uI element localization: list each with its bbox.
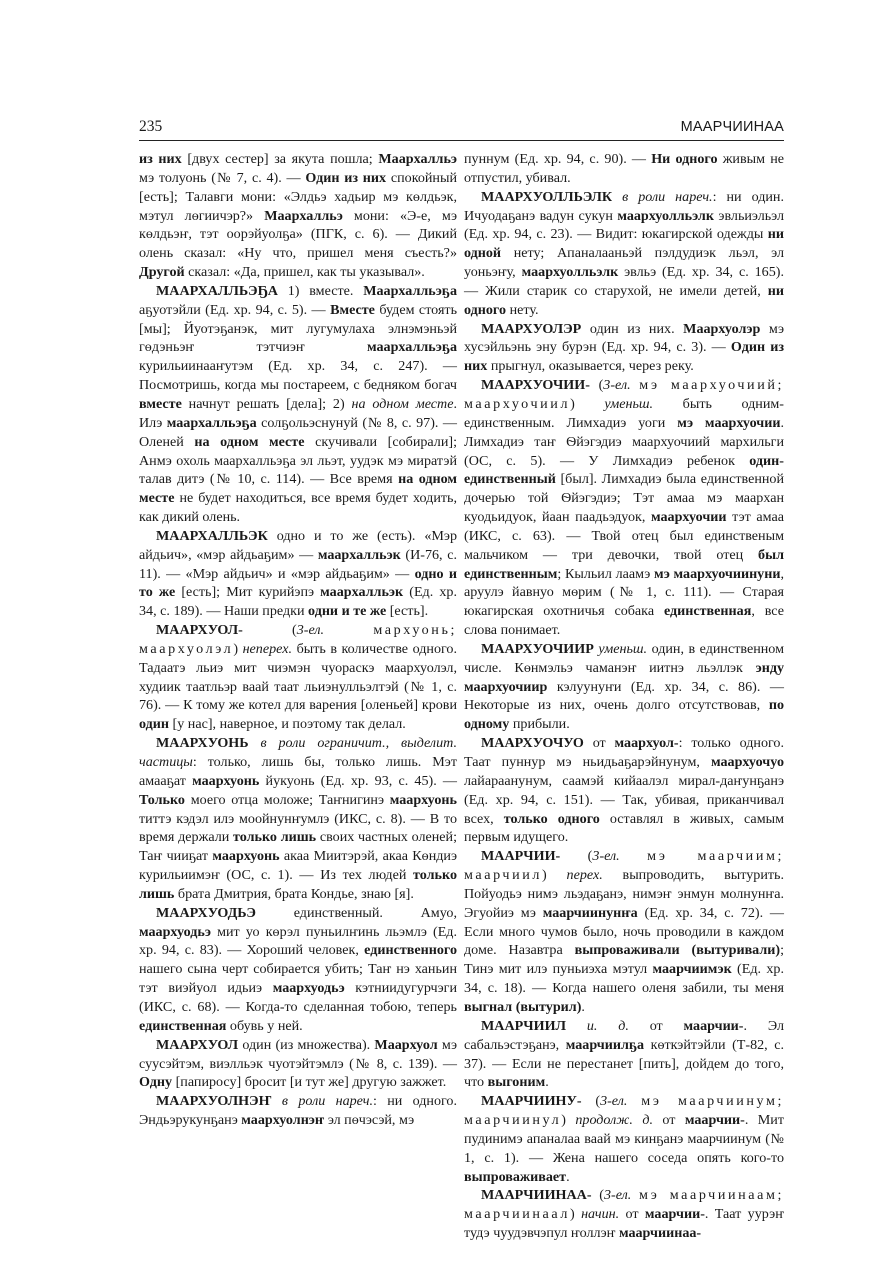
headword: МААРЧИИНАА- — [481, 1187, 592, 1203]
entry-text: ( — [243, 622, 297, 638]
grammar-label: и. д. — [587, 1018, 629, 1034]
grammar-label: в роли нареч. — [282, 1093, 373, 1109]
entry-text: [есть]. — [386, 603, 428, 619]
headword: МААРХУОЛ- — [156, 622, 243, 638]
entry-text: ( — [582, 1093, 601, 1109]
bold-example: маархалльэҕа — [367, 339, 457, 355]
bold-example: маархуочии — [651, 509, 727, 525]
dictionary-entry: МААРХУОЛЭР один из них. Маархуолэр мэ ху… — [464, 320, 784, 377]
headword: МААРХУОЛНЭҤ — [156, 1093, 272, 1109]
bold-example: маарчии- — [685, 1112, 745, 1128]
bold-example: из них — [139, 151, 182, 167]
entry-text — [620, 848, 647, 864]
dictionary-entry: МААРХУОЛ- (3-ел. мархуонь; маархуолэл) н… — [139, 621, 457, 734]
bold-example: выгнал (вытурил) — [464, 999, 581, 1015]
entry-text: . — [545, 1074, 549, 1090]
entry-text: ) — [570, 396, 604, 412]
bold-example: единственная — [139, 1018, 226, 1034]
dictionary-entry: МААРХУОНЬ в роли ограничит., выделит. ча… — [139, 734, 457, 904]
bold-example: маарчиилҕа — [566, 1037, 644, 1053]
headword: МААРХУОЛ — [156, 1037, 238, 1053]
grammar-label: неперех. — [243, 641, 292, 657]
entry-text: от — [619, 1206, 645, 1222]
entry-text: ) — [561, 1112, 575, 1128]
bold-example: маарчии- — [645, 1206, 705, 1222]
bold-example: маархуочуо — [711, 754, 784, 770]
grammar-label: 3-ел. — [600, 1093, 627, 1109]
page-number: 235 — [139, 118, 162, 136]
bold-example: маархуодьэ — [139, 924, 211, 940]
bold-example: Маархалльэ — [264, 208, 343, 224]
entry-text: ( — [560, 848, 592, 864]
left-column: из них [двух сестер] за якута пошла; Маа… — [139, 150, 457, 1130]
entry-text — [566, 1018, 587, 1034]
entry-text: от — [584, 735, 615, 751]
grammar-label: уменьш. — [598, 641, 647, 657]
bold-example: маархуонь — [390, 792, 457, 808]
grammar-label: продолж. д. — [575, 1112, 653, 1128]
headword: МААРЧИИНУ- — [481, 1093, 582, 1109]
entry-text: ) — [542, 867, 567, 883]
entry-text: прибыли. — [509, 716, 569, 732]
entry-text: аҕуотэйли (Ед. хр. 94, с. 5). — — [139, 302, 330, 318]
bold-example: Маархуолэр — [683, 321, 760, 337]
grammar-label: 3-ел. — [604, 1187, 631, 1203]
entry-text: [у нас], наверное, и поэтому так делал. — [169, 716, 406, 732]
bold-example: Ни одного — [651, 151, 717, 167]
bold-example: маарчиимэк — [652, 961, 731, 977]
entry-text: не будет находиться, все время будет ход… — [139, 490, 457, 525]
entry-text: ( — [592, 1187, 604, 1203]
entry-text — [249, 735, 261, 751]
dictionary-entry: МААРЧИИНАА- (3-ел. мэ маарчиинаам; маарч… — [464, 1186, 784, 1243]
grammar-label: уменьш. — [604, 396, 653, 412]
bold-example: маархалльэк — [318, 547, 401, 563]
entry-text: начнут решать [дела]; 2) — [182, 396, 352, 412]
bold-example: маархуолнэҥ — [241, 1112, 324, 1128]
bold-example: Вместе — [330, 302, 375, 318]
dictionary-entry: МААРЧИИНУ- (3-ел. мэ маарчиинум; маарчии… — [464, 1092, 784, 1186]
entry-text — [272, 1093, 282, 1109]
bold-example: Одну — [139, 1074, 172, 1090]
bold-example: Другой — [139, 264, 185, 280]
entry-text: [папиросу] бросит [и тут же] другую зажж… — [172, 1074, 446, 1090]
entry-text: от — [653, 1112, 685, 1128]
bold-example: маархалльэҕа — [167, 415, 257, 431]
dictionary-entry: МААРХУОЧУО от маархуол-: только одного. … — [464, 734, 784, 847]
bold-example: маархалльэк — [320, 584, 403, 600]
entry-text: мэ толуонь (№ 7, с. 4). — — [139, 170, 305, 186]
right-column: пуннум (Ед. хр. 94, с. 90). — Ни одного … — [464, 150, 784, 1243]
dictionary-entry: МААРХУОЛНЭҤ в роли нареч.: ни одного. Эн… — [139, 1092, 457, 1130]
entry-text: обувь у ней. — [226, 1018, 302, 1034]
grammar-label: на одном месте — [352, 396, 454, 412]
bold-example: маархуодьэ — [273, 980, 345, 996]
dictionary-entry: МААРЧИИ- (3-ел. мэ маарчиим; маарчиил) п… — [464, 847, 784, 1017]
headword: МААРЧИИ- — [481, 848, 560, 864]
entry-text: ) — [233, 641, 242, 657]
dictionary-entry: МААРХУОЛЛЬЭЛК в роли нареч.: ни один. Ич… — [464, 188, 784, 320]
headword: МААРХУОЧИИ- — [481, 377, 590, 393]
entry-text — [631, 377, 640, 393]
bold-example: только одного — [504, 811, 600, 827]
headword: МААРХУОЧИИР — [481, 641, 594, 657]
running-head: МААРЧИИНАА — [681, 119, 784, 135]
dictionary-entry: МААРХУОЛ один (из множества). Маархуол м… — [139, 1036, 457, 1093]
bold-example: Маархуол — [374, 1037, 437, 1053]
entry-text: нету. — [506, 302, 538, 318]
entry-text — [324, 622, 373, 638]
grammar-label: начин. — [581, 1206, 619, 1222]
headword: МААРЧИИЛ — [481, 1018, 566, 1034]
dictionary-entry: МААРХУОЧИИ- (3-ел. мэ маархуочиий; маарх… — [464, 376, 784, 640]
entry-text: один из них. — [581, 321, 683, 337]
entry-continuation: из них [двух сестер] за якута пошла; Маа… — [139, 150, 457, 282]
headword: МААРХУОНЬ — [156, 735, 249, 751]
entry-text: прыгнул, оказывается, через реку. — [487, 358, 694, 374]
headword: МААРХУОЧУО — [481, 735, 584, 751]
grammar-label: 3-ел. — [297, 622, 324, 638]
entry-continuation: пуннум (Ед. хр. 94, с. 90). — Ни одного … — [464, 150, 784, 188]
bold-example: единственного — [364, 942, 457, 958]
bold-example: маархуол- — [615, 735, 679, 751]
bold-example: выгоним — [488, 1074, 546, 1090]
headword: МААРХАЛЛЬЭҔА — [156, 283, 278, 299]
bold-example: маархуолльэлк — [617, 208, 714, 224]
entry-text: эл пѳчэсэй, мэ — [324, 1112, 414, 1128]
entry-text: [двух сестер] за якута пошла; — [182, 151, 379, 167]
entry-text: йукуонь (Ед. хр. 93, с. 45). — — [259, 773, 457, 789]
grammar-label: 3-ел. — [603, 377, 630, 393]
bold-example: одни и те же — [308, 603, 386, 619]
bold-example: маарчии- — [684, 1018, 744, 1034]
entry-text: [есть]; Мит курийэпэ — [175, 584, 320, 600]
bold-example: выпроваживает — [464, 1169, 566, 1185]
bold-example: маархуонь — [212, 848, 279, 864]
bold-example: единственная — [664, 603, 751, 619]
entry-text: 1) вместе. — [278, 283, 363, 299]
bold-example: на одном месте — [194, 434, 304, 450]
bold-example: мэ маархуочии — [677, 415, 780, 431]
entry-text: . — [581, 999, 585, 1015]
header-rule — [139, 140, 784, 141]
page-header: 235 МААРЧИИНАА — [139, 116, 784, 140]
dictionary-entry: МААРХАЛЛЬЭК одно и то же (есть). «Мэр ай… — [139, 527, 457, 621]
entry-text: . — [566, 1169, 570, 1185]
headword: МААРХАЛЛЬЭК — [156, 528, 268, 544]
bold-example: Один из них — [305, 170, 386, 186]
entry-text — [631, 1187, 639, 1203]
bold-example: Маархалльэҕа — [363, 283, 457, 299]
dictionary-entry: МААРЧИИЛ и. д. от маарчии-. Эл сабальэст… — [464, 1017, 784, 1092]
dictionary-entry: МААРХУОЧИИР уменьш. один, в единственном… — [464, 640, 784, 734]
grammar-label: 3-ел. — [592, 848, 619, 864]
entry-text: пуннум (Ед. хр. 94, с. 90). — — [464, 151, 651, 167]
bold-example: только лишь — [233, 829, 316, 845]
entry-text: один (из множества). — [238, 1037, 374, 1053]
dictionary-entry: МААРХУОДЬЭ единственный. Амуо, маархуодь… — [139, 904, 457, 1036]
entry-text: брата Дмитрия, брата Кондье, знаю [я]. — [174, 886, 413, 902]
entry-text: единственный. Амуо, — [256, 905, 457, 921]
entry-text: от — [629, 1018, 684, 1034]
bold-example: выпроваживали (вытуривали) — [575, 942, 781, 958]
headword: МААРХУОЛЛЬЭЛК — [481, 189, 612, 205]
entry-text — [612, 189, 622, 205]
entry-text: ; Кыльил лаамэ — [557, 566, 654, 582]
entry-text — [627, 1093, 641, 1109]
headword: МААРХУОДЬЭ — [156, 905, 256, 921]
entry-text: моего отца моложе; Таҥнигинэ — [185, 792, 390, 808]
bold-example: мэ маархуочиинуни — [654, 566, 781, 582]
bold-example: один — [139, 716, 169, 732]
bold-example: маарчиинаа- — [619, 1225, 701, 1241]
headword: МААРХУОЛЭР — [481, 321, 581, 337]
bold-example: маархуолльэлк — [522, 264, 619, 280]
bold-example: маархуонь — [192, 773, 259, 789]
bold-example: маарчиинунҥа — [543, 905, 638, 921]
bold-example: Маархалльэ — [378, 151, 457, 167]
entry-text: ) — [570, 1206, 581, 1222]
bold-example: вместе — [139, 396, 182, 412]
entry-text: ( — [590, 377, 603, 393]
grammar-label: перех. — [567, 867, 603, 883]
bold-example: Только — [139, 792, 185, 808]
entry-text: сказал: «Да, пришел, как ты указывал». — [185, 264, 425, 280]
entry-text: курильиинааҥутэм (Ед. хр. 34, с. 247). —… — [139, 358, 457, 393]
dictionary-entry: МААРХАЛЛЬЭҔА 1) вместе. Маархалльэҕа аҕу… — [139, 282, 457, 527]
grammar-label: в роли нареч. — [622, 189, 712, 205]
